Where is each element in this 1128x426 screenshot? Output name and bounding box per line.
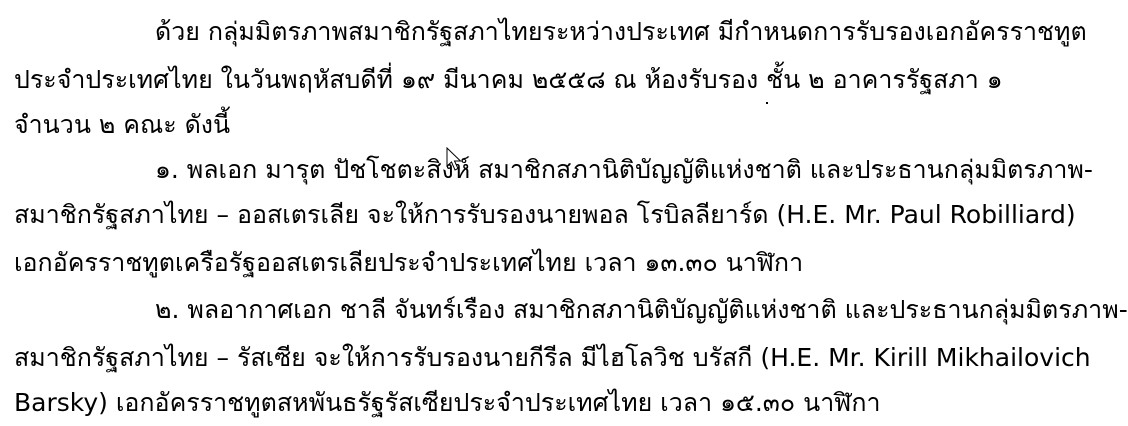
mouse-pointer-icon xyxy=(446,147,464,173)
document-page: ด้วย กลุ่มมิตรภาพสมาชิกรัฐสภาไทยระหว่างป… xyxy=(0,0,1128,426)
paragraph-1-line-3: จำนวน ๒ คณะ ดังนี้ xyxy=(14,110,230,140)
item-2-line-3: Barsky) เอกอัครราชทูตสหพันธรัฐรัสเซียประ… xyxy=(14,388,881,418)
item-2-line-1: ๒. พลอากาศเอก ชาลี จันทร์เรือง สมาชิกสภา… xyxy=(155,295,1128,325)
item-1-line-2: สมาชิกรัฐสภาไทย – ออสเตรเลีย จะให้การรับ… xyxy=(14,200,1076,230)
item-2-line-2: สมาชิกรัฐสภาไทย – รัสเซีย จะให้การรับรอง… xyxy=(14,343,1091,373)
item-1-line-1: ๑. พลเอก มารุต ปัชโชตะสิงห์ สมาชิกสภานิต… xyxy=(155,155,1093,185)
paragraph-1-line-1: ด้วย กลุ่มมิตรภาพสมาชิกรัฐสภาไทยระหว่างป… xyxy=(155,17,1087,47)
paragraph-1-line-2: ประจำประเทศไทย ในวันพฤหัสบดีที่ ๑๙ มีนาค… xyxy=(14,65,1003,95)
scan-artifact-dot xyxy=(766,102,768,104)
item-1-line-3: เอกอัครราชทูตเครือรัฐออสเตรเลียประจำประเ… xyxy=(14,248,803,278)
